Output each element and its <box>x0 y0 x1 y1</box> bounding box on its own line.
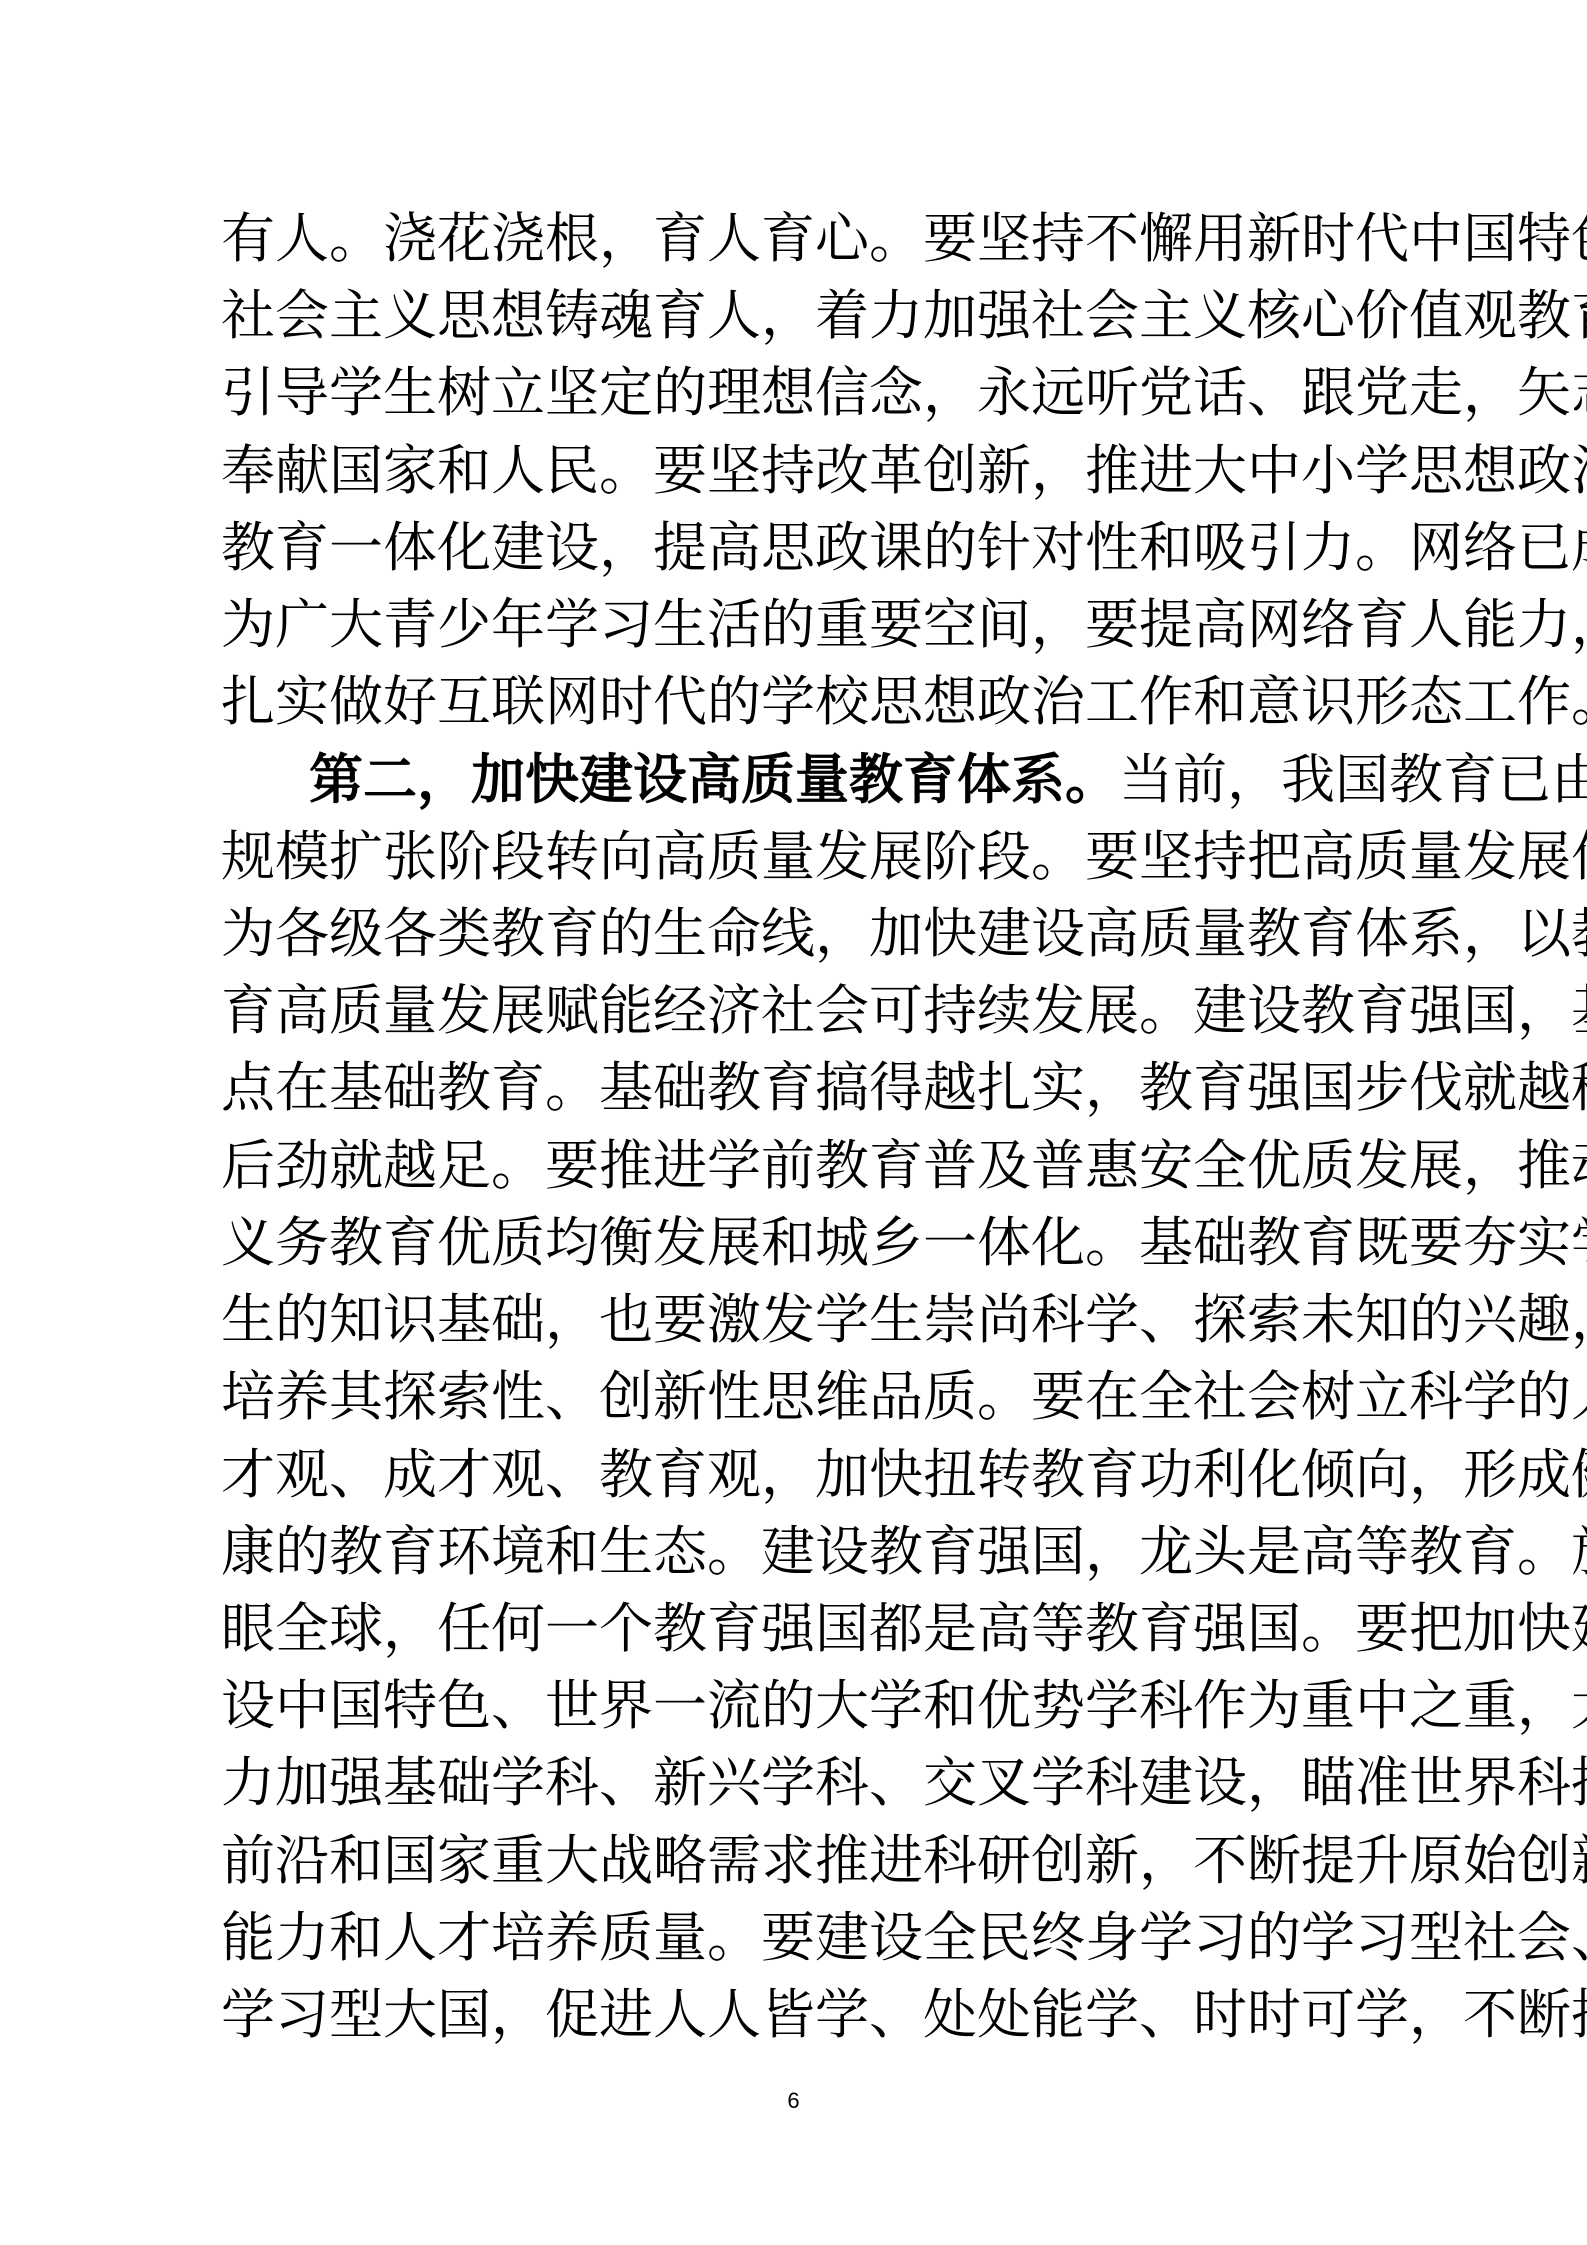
text-line: 培养其探索性、创新性思维品质。要在全社会树立科学的人 <box>221 1358 1378 1435</box>
text-line: 义务教育优质均衡发展和城乡一体化。基础教育既要夯实学 <box>221 1204 1378 1281</box>
text-line: 教育一体化建设，提高思政课的针对性和吸引力。网络已成 <box>221 509 1378 586</box>
text-line: 康的教育环境和生态。建设教育强国，龙头是高等教育。放 <box>221 1513 1378 1590</box>
paragraph-heading: 第二，加快建设高质量教育体系。 <box>309 748 1119 811</box>
text-line: 规模扩张阶段转向高质量发展阶段。要坚持把高质量发展作 <box>221 818 1378 895</box>
text-line: 引导学生树立坚定的理想信念，永远听党话、跟党走，矢志 <box>221 354 1378 431</box>
text-line: 前沿和国家重大战略需求推进科研创新，不断提升原始创新 <box>221 1822 1378 1899</box>
text-line: 学习型大国，促进人人皆学、处处能学、时时可学，不断提 <box>221 1976 1378 2053</box>
text-line: 设中国特色、世界一流的大学和优势学科作为重中之重，大 <box>221 1667 1378 1744</box>
text-line: 点在基础教育。基础教育搞得越扎实，教育强国步伐就越稳、 <box>221 1049 1378 1126</box>
body-text: 有人。浇花浇根，育人育心。要坚持不懈用新时代中国特色 社会主义思想铸魂育人，着力… <box>221 200 1378 2053</box>
paragraph-first-line-rest: 当前，我国教育已由 <box>1119 748 1587 811</box>
text-line: 眼全球，任何一个教育强国都是高等教育强国。要把加快建 <box>221 1590 1378 1667</box>
text-line: 为广大青少年学习生活的重要空间，要提高网络育人能力， <box>221 586 1378 663</box>
text-line: 后劲就越足。要推进学前教育普及普惠安全优质发展，推动 <box>221 1127 1378 1204</box>
page-number: 6 <box>0 2086 1587 2116</box>
text-line: 有人。浇花浇根，育人育心。要坚持不懈用新时代中国特色 <box>221 200 1378 277</box>
text-line: 扎实做好互联网时代的学校思想政治工作和意识形态工作。 <box>221 663 1378 740</box>
text-line: 为各级各类教育的生命线，加快建设高质量教育体系，以教 <box>221 895 1378 972</box>
text-line: 力加强基础学科、新兴学科、交叉学科建设，瞄准世界科技 <box>221 1744 1378 1821</box>
document-page: 有人。浇花浇根，育人育心。要坚持不懈用新时代中国特色 社会主义思想铸魂育人，着力… <box>0 0 1587 2245</box>
text-line: 社会主义思想铸魂育人，着力加强社会主义核心价值观教育， <box>221 277 1378 354</box>
paragraph-first-line: 第二，加快建设高质量教育体系。当前，我国教育已由 <box>221 741 1378 818</box>
text-line: 能力和人才培养质量。要建设全民终身学习的学习型社会、 <box>221 1899 1378 1976</box>
text-line: 生的知识基础，也要激发学生崇尚科学、探索未知的兴趣， <box>221 1281 1378 1358</box>
text-line: 奉献国家和人民。要坚持改革创新，推进大中小学思想政治 <box>221 432 1378 509</box>
text-line: 才观、成才观、教育观，加快扭转教育功利化倾向，形成健 <box>221 1436 1378 1513</box>
text-line: 育高质量发展赋能经济社会可持续发展。建设教育强国，基 <box>221 972 1378 1049</box>
